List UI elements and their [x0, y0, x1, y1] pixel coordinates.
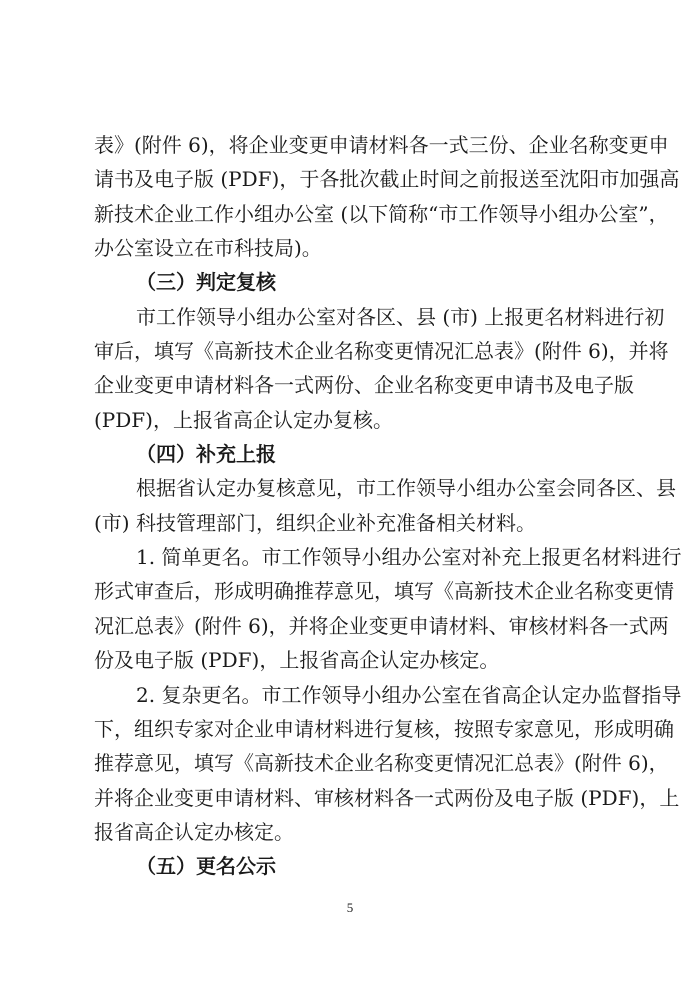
text-line: 企业变更申请材料各一式两份、企业名称变更申请书及电子版 — [94, 368, 608, 402]
text-line: 报省高企认定办核定。 — [94, 815, 608, 849]
text-line: (PDF)，上报省高企认定办复核。 — [94, 403, 608, 437]
text-line: (市) 科技管理部门，组织企业补充准备相关材料。 — [94, 506, 608, 540]
text-line: 表》(附件 6)，将企业变更申请材料各一式三份、企业名称变更申 — [94, 128, 608, 162]
paragraph-review: 市工作领导小组办公室对各区、县 (市) 上报更名材料进行初 审后，填写《高新技术… — [94, 300, 608, 437]
text-line: 市工作领导小组办公室对各区、县 (市) 上报更名材料进行初 — [94, 300, 608, 334]
text-line: 况汇总表》(附件 6)，并将企业变更申请材料、审核材料各一式两 — [94, 609, 608, 643]
document-page: 表》(附件 6)，将企业变更申请材料各一式三份、企业名称变更申 请书及电子版 (… — [94, 128, 608, 884]
text-line: 1. 简单更名。市工作领导小组办公室对补充上报更名材料进行 — [94, 540, 608, 574]
text-line: 请书及电子版 (PDF)，于各批次截止时间之前报送至沈阳市加强高 — [94, 162, 608, 196]
paragraph-supplement: 根据省认定办复核意见，市工作领导小组办公室会同各区、县 (市) 科技管理部门，组… — [94, 471, 608, 540]
section-heading-4: （四）补充上报 — [94, 437, 608, 471]
text-line: 并将企业变更申请材料、审核材料各一式两份及电子版 (PDF)，上 — [94, 781, 608, 815]
paragraph-complex-rename: 2. 复杂更名。市工作领导小组办公室在省高企认定办监督指导 下，组织专家对企业申… — [94, 678, 608, 850]
section-heading-3: （三）判定复核 — [94, 265, 608, 299]
text-line: 2. 复杂更名。市工作领导小组办公室在省高企认定办监督指导 — [94, 678, 608, 712]
text-line: 根据省认定办复核意见，市工作领导小组办公室会同各区、县 — [94, 471, 608, 505]
text-line: 下，组织专家对企业申请材料进行复核，按照专家意见，形成明确 — [94, 712, 608, 746]
text-line: 审后，填写《高新技术企业名称变更情况汇总表》(附件 6)，并将 — [94, 334, 608, 368]
page-number: 5 — [0, 900, 700, 916]
text-line: 形式审查后，形成明确推荐意见，填写《高新技术企业名称变更情 — [94, 574, 608, 608]
section-heading-5: （五）更名公示 — [94, 849, 608, 883]
text-line: 份及电子版 (PDF)，上报省高企认定办核定。 — [94, 643, 608, 677]
paragraph-intro-continuation: 表》(附件 6)，将企业变更申请材料各一式三份、企业名称变更申 请书及电子版 (… — [94, 128, 608, 265]
text-line: 推荐意见，填写《高新技术企业名称变更情况汇总表》(附件 6)， — [94, 746, 608, 780]
text-line: 办公室设立在市科技局)。 — [94, 231, 608, 265]
text-line: 新技术企业工作小组办公室 (以下简称“市工作领导小组办公室”， — [94, 197, 608, 231]
paragraph-simple-rename: 1. 简单更名。市工作领导小组办公室对补充上报更名材料进行 形式审查后，形成明确… — [94, 540, 608, 677]
